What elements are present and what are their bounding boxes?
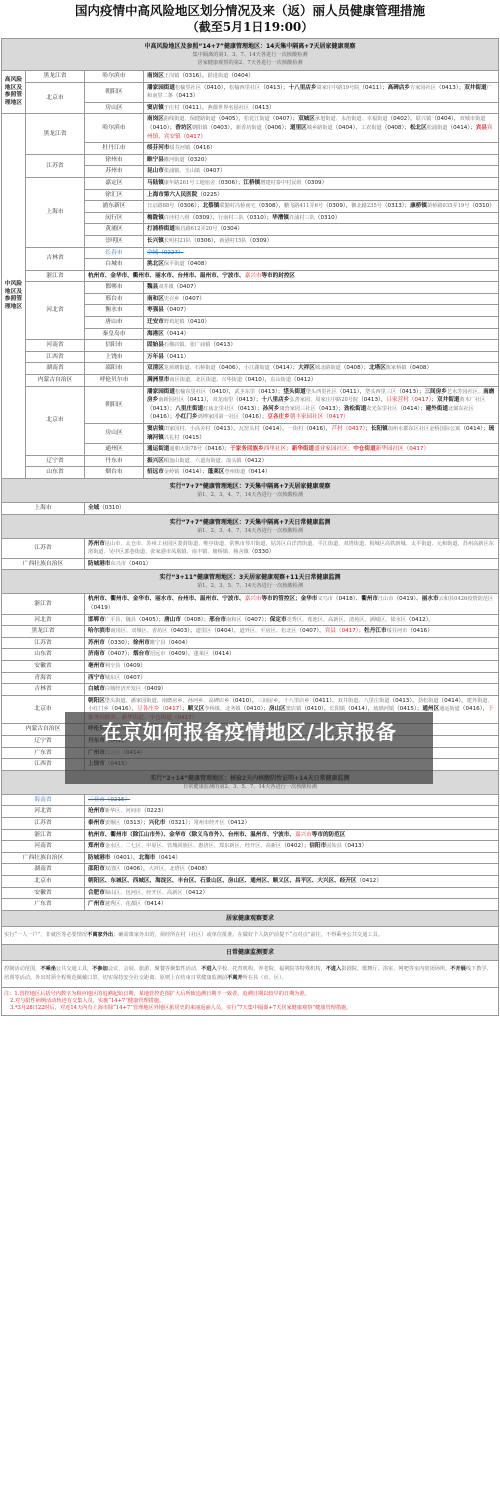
province-cell: 海南省 (2, 794, 85, 806)
text-run: 苏州市 (88, 640, 105, 646)
text-run: 道里区 (290, 125, 307, 131)
section-subheading: 日常健康监测的第2、3、5、7、14天各进行一次核酸检测 (4, 783, 496, 791)
area-detail-cell: 郑州市金水区、二七区、中原区、管城回族区、惠济区、郑东新区、经开区、高新区（04… (85, 841, 499, 853)
text-run: 大祥区、北塔区 (149, 866, 185, 872)
text-run: 不进入 (201, 966, 217, 972)
section-heading: 居家健康观察要求 (4, 914, 496, 923)
text-run: 双龙南里 (212, 397, 233, 403)
text-run: （0404） (228, 73, 253, 79)
area-detail-cell: 邯郸市广平县、魏县（0405）；唐山市（0408）；邢台市南和区（0407）；保… (85, 614, 499, 626)
text-run: 松榆东里社区 (175, 389, 206, 395)
text-run: 金岭镇 (164, 469, 180, 475)
area-detail-cell: 日京路88号（0306）；北蔡镇联勤村冯桥南宅（0308），鹏飞路411弄6号（… (144, 201, 499, 213)
text-run: 沧州市 (88, 808, 105, 814)
province-cell: 江苏省 (2, 637, 85, 649)
text-run: 双清区 (147, 365, 164, 371)
text-run: 曲线街道、保健路街道 (164, 116, 216, 122)
text-run: （0407） (174, 284, 199, 290)
text-run: 南岗区 (147, 116, 164, 122)
text-run: 行南村三队 (218, 215, 244, 221)
text-run: （0411） (164, 354, 189, 360)
area-detail-cell: 梅陇镇许泾村八组（0309），行南村三队（0310）；华漕镇许浦村三队（0310… (144, 212, 499, 224)
text-run: （0409）， (165, 651, 193, 657)
text-run: 十八里店乡 (261, 397, 289, 403)
city-cell: 白城市 (85, 259, 144, 271)
text-run: 烟台市 (133, 651, 150, 657)
city-cell: 长春市 (85, 247, 144, 259)
text-run: （0310） (315, 215, 340, 221)
text-run: 日京路88号 (147, 203, 174, 209)
text-run: 控制活动范围， (4, 966, 40, 972)
text-run: （0409） (120, 663, 145, 669)
notes-row: 注：1.管控地区后括号内数字为相应地区的追溯起始日期，某地管控范围扩大后所致追溯… (2, 987, 499, 1015)
text-run: （0408） (185, 261, 210, 267)
province-cell: 江苏省 (26, 154, 85, 177)
text-run: 嘉兴市 (245, 273, 262, 279)
text-run: （0407）， (297, 628, 325, 634)
table-row: 广东省广州市越秀区、花都区（0414） (2, 899, 499, 911)
area-detail-cell: 打浦桥街道顺昌路612弄20号（0304） (144, 224, 499, 236)
section-subheading: 第1、2、3、4、7、14天各进行一次核酸检测 (4, 527, 496, 535)
text-run: 石佛店镇、张广庙镇 (164, 342, 211, 348)
text-run: （0418）、 (333, 596, 361, 602)
text-run: 龙须塘街道、石桥街道 (164, 365, 216, 371)
text-run: （0415） (179, 435, 204, 441)
text-run: （0412） (183, 890, 208, 896)
text-run: 康桥镇 (410, 203, 427, 209)
text-run: （0413） (211, 342, 236, 348)
text-run: 不离家外出 (87, 932, 113, 938)
text-run: 昆山市 (147, 168, 164, 174)
text-run: 保定市 (270, 617, 287, 623)
text-run: （0408）； (382, 125, 410, 131)
daily-monitoring-text-cell: 控制活动范围，不乘坐公共交通工具，不参加会议、会展、旅游、聚餐等聚集性活动，不进… (2, 960, 499, 987)
table-row: 北京市朝阳区、东城区、西城区、海淀区、丰台区、石景山区、房山区、通州区、顺义区、… (2, 876, 499, 888)
table-row: 广西壮族自治区防城港市东兴市（0401） (2, 558, 499, 570)
text-run: （0412）。 (406, 617, 434, 623)
text-run: （0407） (179, 296, 204, 302)
text-run: （0413）， (358, 397, 386, 403)
area-detail-cell: 杭州市、衢州市（除江山市外）、金华市（除义乌市外）、台州市、温州市、宁波市、嘉兴… (85, 829, 499, 841)
area-detail-cell: 南和区史召乡（0407） (144, 293, 499, 305)
text-run: （0413）； (233, 397, 261, 403)
text-run: 八里庄街道 (175, 406, 203, 412)
table-row: 江西省上饶市万年县（0411） (2, 351, 499, 363)
province-cell: 山东省 (2, 649, 85, 661)
table-row: 内蒙古自治区呼伦贝尔市满洲里市南区街道、北区街道、兴华街道（0410），东山街道… (2, 375, 499, 387)
province-cell: 河北省 (26, 282, 85, 340)
text-run: 北海市 (139, 855, 156, 861)
area-detail-cell: 满洲里市南区街道、北区街道、兴华街道（0410），东山街道（0412） (144, 375, 499, 387)
text-run: 泰州市 (88, 820, 105, 826)
risk-area-table: 中高风险地区及参照“14+7”健康管理地区：14天集中隔离+7天居家健康观察集中… (1, 38, 499, 1016)
province-cell: 江苏省 (2, 538, 85, 558)
table-row: 北京市朝阳区潘家园街道松榆东里社区（0410），武圣东里（0413）；垡头街道垡… (2, 386, 499, 423)
text-run: （0406）， (216, 365, 244, 371)
table-row: 安徽省合肥市蜀山区、包河区、经开区、高新区（0412） (2, 887, 499, 899)
city-cell: 衡水市 (85, 305, 144, 317)
text-run: （0309）， (323, 203, 351, 209)
province-cell: 吉林省 (26, 247, 85, 270)
section-7-7-home-header: 实行“7+7”健康管理地区：7天集中隔离+7天居家健康观察第1、2、3、4、7、… (2, 478, 499, 502)
text-run: 不离开 (227, 975, 243, 981)
text-run: （0405）， (216, 116, 244, 122)
table-row: 浙江省杭州市、衢州市（除江山市外）、金华市（除义乌市外）、台州市、温州市、宁波市… (2, 829, 499, 841)
text-run: 跃进街道 (208, 73, 229, 79)
table-row: 海南省三亚市（0215） (2, 794, 499, 806)
text-run: 合肥市 (88, 890, 105, 896)
text-run: 学校、托育机构、养老院、福利院等特殊机构， (217, 966, 326, 972)
text-run: （0413）， (211, 426, 239, 432)
table-row: 湖南省邵阳市双清区（0406），大祥区、北塔区（0408） (2, 864, 499, 876)
area-detail-cell: 广州市越秀区、花都区（0414） (85, 899, 499, 911)
text-run: （0308）， (256, 203, 284, 209)
text-run: （0414） (245, 469, 270, 475)
area-detail-cell: 枣强县（0407） (144, 305, 499, 317)
city-cell: 哈尔滨市 (85, 71, 144, 83)
text-run: （0404）， (431, 116, 459, 122)
city-cell: 苏州市 (85, 166, 144, 178)
text-run: 御北路235号 (351, 203, 382, 209)
city-cell: 徐州市 (85, 154, 144, 166)
text-run: 田家园村、小高舍村 (164, 426, 211, 432)
text-run: 通运街道 (439, 706, 460, 712)
text-run: 朝丰家园社区（0417） (290, 414, 349, 420)
text-run: 蓬莱区 (208, 469, 225, 475)
section-header-cell: 实行“7+7”健康管理地区：7天集中隔离+7天日常健康监测第1、2、3、4、7、… (2, 514, 499, 538)
area-detail-cell: 潘家园街道松榆东里社区（0410），武圣东里（0413）；垡头街道垡头西里社区（… (144, 386, 499, 423)
text-run: 魏县 (147, 284, 158, 290)
text-run: 招远市 (147, 469, 164, 475)
area-detail-cell: 振兴区帽盔山街道、六道沟街道、浪头镇（0412） (144, 455, 499, 467)
text-run: （0414）； (270, 365, 298, 371)
province-cell: 上海市 (2, 502, 85, 514)
text-run: 上海市第六人民医院 (147, 192, 197, 198)
city-cell: 黄浦区 (85, 224, 144, 236)
text-run: （0321）； (165, 820, 193, 826)
city-cell: 牡丹江市 (85, 143, 144, 155)
text-run: （0414） (141, 901, 166, 907)
text-run: （0413）， (390, 698, 418, 704)
text-run: 满洲里市 (147, 377, 169, 383)
note-line: 3.*3月28日22时后，对近14天内有上海市除“14+7”管理地区外地区旅居史… (4, 1005, 496, 1012)
text-run: 梅陇镇 (147, 215, 164, 221)
table-row: 河北省沧州市新华区、河间市（0223） (2, 806, 499, 818)
text-run: 垡头西里三区 (365, 389, 396, 395)
area-detail-cell: 哈尔滨市南岗区、双城区、香坊区（0403），道里区（0404），道外区、平房区、… (85, 626, 499, 638)
text-run: 绥芬河镇 (169, 145, 190, 151)
text-run: 双清区 (105, 866, 121, 872)
area-detail-cell: 马陆镇康年路261号工地宿舍（0306）；江桥镇增建村泰中村民组（0309） (144, 177, 499, 189)
section-heading: 实行“7+7”健康管理地区：7天集中隔离+7天居家健康观察 (4, 482, 496, 491)
text-run: 白城市 (88, 686, 105, 692)
text-run: 常州市经开区 (194, 820, 225, 826)
text-run: 道外区、平房区、松北区 (239, 628, 296, 634)
section-3-11-header: 实行“3+11”健康管理地区：3天居家健康观察+11天日常健康监测第1、2、3、… (2, 570, 499, 594)
text-run: 垡头西里社区 (306, 389, 337, 395)
text-run: 不乘坐 (40, 966, 56, 972)
text-run: （0411）； (359, 85, 387, 91)
area-detail-cell: 白城市白城经济开发区（0409） (85, 684, 499, 696)
area-detail-cell: 杭州市、衢州市、金华市、丽水市、台州市、温州市、宁波市、嘉兴市等市的管控区；金华… (85, 594, 499, 614)
province-cell: 山东省 (26, 467, 85, 479)
text-run: （0310） (99, 505, 124, 511)
text-run: 亳州市 (88, 663, 105, 669)
text-run: 固始县 (147, 342, 164, 348)
text-run: 南岗区 (147, 73, 164, 79)
text-run: （0410）， (206, 389, 234, 395)
text-run: 艺水芳园社区、 (447, 389, 483, 395)
province-cell: 北京市 (26, 386, 85, 455)
text-run: 新华街道 (292, 446, 314, 452)
text-run: 瓦窑头村 (239, 426, 260, 432)
area-detail-cell: 合肥市蜀山区、包河区、经开区、高新区（0412） (85, 887, 499, 899)
text-run: 广平县、魏县 (105, 617, 136, 623)
text-run: 朝阳区 (88, 698, 105, 704)
table-row: 河北省邯郸市魏县双井镇（0407） (2, 282, 499, 294)
text-run: （0416）； (147, 414, 175, 420)
text-run: （0411）， (309, 698, 337, 704)
province-cell: 黑龙江省 (26, 114, 85, 154)
area-detail-cell: 通运街道通朝大街78号（0416）；于家务回族乡西里社区；新华街道盛业家园社区；… (144, 444, 499, 456)
text-run: 越秀区、花都区 (105, 901, 141, 907)
province-cell: 广西壮族自治区 (2, 852, 85, 864)
text-run: 帽盔山街道、六道沟街道、浪头镇 (164, 458, 242, 464)
text-run: （0223） (141, 808, 166, 814)
area-detail-cell: 魏县双井镇（0407） (144, 282, 499, 294)
home-observation-text: 实行“一人一户”，非就医等必要情况不离家外出；确需离家外出的，须经所在村（社区）… (2, 926, 499, 944)
table-row: 吉林省白城市白城经济开发区（0409） (2, 684, 499, 696)
city-cell: 上饶市 (85, 351, 144, 363)
section-heading: 实行“7+7”健康管理地区：7天集中隔离+7天日常健康监测 (4, 518, 496, 527)
text-run: 振兴区 (147, 458, 164, 464)
text-run: 兴化市 (149, 820, 166, 826)
note-line: 2.对与阳性病例活动轨迹有交集人员，实施“14+7”健康管理措施。 (4, 998, 496, 1005)
text-run: 史召乡 (164, 296, 180, 302)
text-run: 城乡路街道 (307, 125, 333, 131)
text-run: （0413）； (316, 406, 344, 412)
area-detail-cell: 海港区（0414） (144, 328, 499, 340)
text-run: 全域（0227） (147, 250, 184, 256)
province-cell: 黑龙江省 (26, 71, 85, 83)
text-run: 野鸡坨镇 (164, 319, 185, 325)
text-run: 窦店镇 (147, 105, 164, 111)
city-cell: 哈尔滨市 (85, 114, 144, 143)
city-cell: 丹东市 (85, 455, 144, 467)
text-run: 睢宁县 (147, 157, 164, 163)
text-run: （0413）； (255, 389, 283, 395)
text-run: （0313）； (120, 820, 148, 826)
area-detail-cell: 济南市（0407）；烟台市招远市（0409），蓬莱区（0414） (85, 649, 499, 661)
text-run: 双井镇 (158, 284, 174, 290)
text-run: 三亚市（0215） (88, 797, 130, 803)
text-run: 于庄村 (164, 105, 180, 111)
city-cell: 朝阳区 (85, 82, 144, 102)
text-run: 双城区 (298, 116, 315, 122)
text-run: 黄木厂社区 (459, 397, 485, 403)
text-run: 固始县 (326, 843, 342, 849)
city-cell: 信阳市 (85, 340, 144, 352)
text-run: （0413）； (396, 389, 424, 395)
text-run: 双井街道 (464, 85, 486, 91)
text-run: 不进入 (326, 966, 342, 972)
text-run: 潘家园街道 (147, 85, 175, 91)
city-cell: 房山区 (85, 102, 144, 114)
text-run: 打浦桥街道 (147, 226, 175, 232)
text-run: 松榆里社区 (175, 85, 201, 91)
text-run: （0330）； (105, 640, 133, 646)
text-run: 白城经济开发区 (105, 686, 141, 692)
province-cell: 吉林省 (2, 684, 85, 696)
text-run: （0414）； (179, 469, 207, 475)
section-subheading: 第1、2、3、5、7、14天各进行一次核酸检测 (4, 582, 496, 590)
text-run: （0416） (407, 628, 432, 634)
area-detail-cell: 万年县（0411） (144, 351, 499, 363)
text-run: 华漕镇 (272, 215, 289, 221)
table-row: 河北省邯郸市广平县、魏县（0405）；唐山市（0408）；邢台市南和区（0407… (2, 614, 499, 626)
text-run: （0406）； (262, 125, 290, 131)
text-run: 北蔡镇 (203, 203, 220, 209)
home-observation-text-cell: 实行“一人一户”，非就医等必要情况不离家外出；确需离家外出的，须经所在村（社区）… (2, 926, 499, 944)
text-run: （0407） (200, 168, 225, 174)
daily-monitoring-text: 控制活动范围，不乘坐公共交通工具，不参加会议、会展、旅游、聚餐等聚集性活动，不进… (2, 960, 499, 987)
text-run: （0411）， (179, 105, 207, 111)
text-run: 南区街道、北区街道、兴华街道 (169, 377, 242, 383)
section-7-7-daily-header: 实行“7+7”健康管理地区：7天集中隔离+7天日常健康监测第1、2、3、4、7、… (2, 514, 499, 538)
text-run: （0412） (225, 820, 250, 826)
table-row: 上海市全域（0310） (2, 502, 499, 514)
text-run: 唐山市 (164, 617, 181, 623)
text-run: 苏州市 (88, 541, 105, 547)
province-cell: 辽宁省 (26, 455, 85, 467)
text-run: 邢台市 (209, 617, 226, 623)
area-detail-cell: 泰州市姜堰区（0313）；兴化市（0321）；常州市经开区（0412） (85, 818, 499, 830)
city-cell: 房山区 (85, 424, 144, 444)
text-run: 松花江街道 (244, 116, 270, 122)
text-run: （0309）， (190, 215, 218, 221)
province-cell: 河北省 (2, 614, 85, 626)
text-run: 燕都世界名园社区 (208, 105, 250, 111)
text-run: （0414）； (448, 125, 476, 131)
area-detail-cell: 窦店镇田家园村、小高舍村（0413），瓦窑头村（0414），一街村（0416），… (144, 424, 499, 444)
province-cell: 河北省 (2, 806, 85, 818)
text-run: （0416）， (460, 706, 488, 712)
text-run: 双井街道 (437, 397, 459, 403)
text-run: 松北区 (410, 125, 427, 131)
text-run: 南新园社区 (158, 397, 184, 403)
text-run: （0413） (342, 843, 367, 849)
text-run: （0419） (88, 605, 113, 611)
section-14-7-header: 中高风险地区及参照“14+7”健康管理地区：14天集中隔离+7天居家健康观察集中… (2, 39, 499, 71)
text-run: 牡丹江市 (364, 628, 386, 634)
table-row: 河南省信阳市固始县石佛店镇、张广庙镇（0413） (2, 340, 499, 352)
area-detail-cell: 防城港市（0401），北海市（0414） (85, 852, 499, 864)
text-run: 万年县 (147, 354, 164, 360)
text-run: 高碑店乡 (388, 85, 410, 91)
text-run: 济南市 (88, 651, 105, 657)
text-run: 西里社区； (264, 446, 292, 452)
text-run: 不开展 (450, 966, 466, 972)
area-detail-cell: 南岗区曲线街道、保健路街道（0405），松花江街道（0407）；双城区承旭街道、… (144, 114, 499, 143)
text-run: 十八里店乡 (289, 85, 317, 91)
text-run: 红庙北里社区 (203, 406, 234, 412)
text-run: 新港村15队 (219, 238, 246, 244)
text-run: （0310）； (244, 215, 272, 221)
text-run: 嘉兴市 (245, 596, 262, 602)
area-detail-cell: 绥芬河市绥芬河镇（0416） (144, 143, 499, 155)
text-run: （0410） (185, 319, 210, 325)
text-run: （0320） (185, 157, 210, 163)
text-run: 宾县 (476, 125, 487, 131)
text-run: （0225） (197, 192, 222, 198)
text-run: 大祥区 (298, 365, 315, 371)
text-run: （0309） (247, 238, 272, 244)
province-cell: 江苏省 (2, 818, 85, 830)
text-run: （0414） (164, 331, 189, 337)
text-run: （0419）、 (394, 596, 422, 602)
text-run: 香坊区 (175, 125, 192, 131)
table-row: 湖南省邵阳市双清区龙须塘街道、石桥街道（0406），小江湖街道（0414）；大祥… (2, 363, 499, 375)
text-run: （0330） (249, 549, 274, 555)
text-run: （0406）， (120, 866, 148, 872)
text-run: 朝阳镇 (192, 125, 208, 131)
text-run: 顺昌路612弄20号 (175, 226, 217, 232)
text-run: （0416）， (303, 426, 331, 432)
text-run: （0404）， (211, 628, 239, 634)
text-run: （0414）， (259, 426, 287, 432)
text-run: （0404）， (333, 125, 361, 131)
text-run: （0411）， (184, 397, 212, 403)
text-run: 新华园社区（0417） (376, 446, 429, 452)
text-run: 三间房乡、十八里店乡 (258, 698, 310, 704)
text-run: （0416） (190, 145, 215, 151)
text-run: 北郎东社区 (448, 406, 474, 412)
text-run: （0412） (242, 458, 267, 464)
province-cell: 江西省 (26, 351, 85, 363)
table-row: 江苏省苏州市（0330）；徐州市睢宁县（0404） (2, 637, 499, 649)
text-run: 广州市 (88, 901, 105, 907)
area-detail-cell: 全域（0227） (144, 247, 499, 259)
text-run: 杭州市、衢州市（除江山市外）、金华市（除义乌市外）、台州市、温州市、宁波市、 (88, 832, 295, 838)
text-run: 于家务回族乡 (230, 446, 264, 452)
text-run: 承旭街道、永治街道、幸福街道 (315, 116, 388, 122)
document-page: 国内疫情中高风险地区划分情况及来（返）丽人员健康管理措施 （截至5月1日19:0… (0, 0, 500, 1495)
text-run: 潘家园街道 (147, 389, 175, 395)
province-cell: 河南省 (2, 841, 85, 853)
text-run: 垡头街道 (283, 389, 305, 395)
city-cell: 崇明区 (85, 235, 144, 247)
text-run: （0408）； (341, 365, 369, 371)
text-run: （0409） (141, 686, 166, 692)
text-run: 武圣东里 (234, 389, 255, 395)
city-cell: 徐汇区 (85, 189, 144, 201)
text-run: 一街村 (288, 426, 304, 432)
text-run: （0402）， (388, 116, 416, 122)
text-run: 不参加 (92, 966, 108, 972)
text-run: （0306）； (215, 180, 243, 186)
text-run: （0413）； (234, 406, 262, 412)
text-run: 丽水市 (422, 596, 439, 602)
area-detail-cell: 双清区龙须塘街道、石桥街道（0406），小江湖街道（0414）；大祥区城北路街道… (144, 363, 499, 375)
text-run: 南和区 (147, 296, 164, 302)
area-detail-cell: 邵阳市双清区（0406），大祥区、北塔区（0408） (85, 864, 499, 876)
area-detail-cell: 招远市金岭镇（0414）；蓬莱区登州街道（0414） (144, 467, 499, 479)
text-run: 窦店镇 (147, 426, 164, 432)
province-cell: 上海市 (26, 177, 85, 247)
province-cell: 广西壮族自治区 (2, 558, 85, 570)
text-run: （0404） (165, 640, 190, 646)
text-run: 姜堰区 (105, 820, 121, 826)
